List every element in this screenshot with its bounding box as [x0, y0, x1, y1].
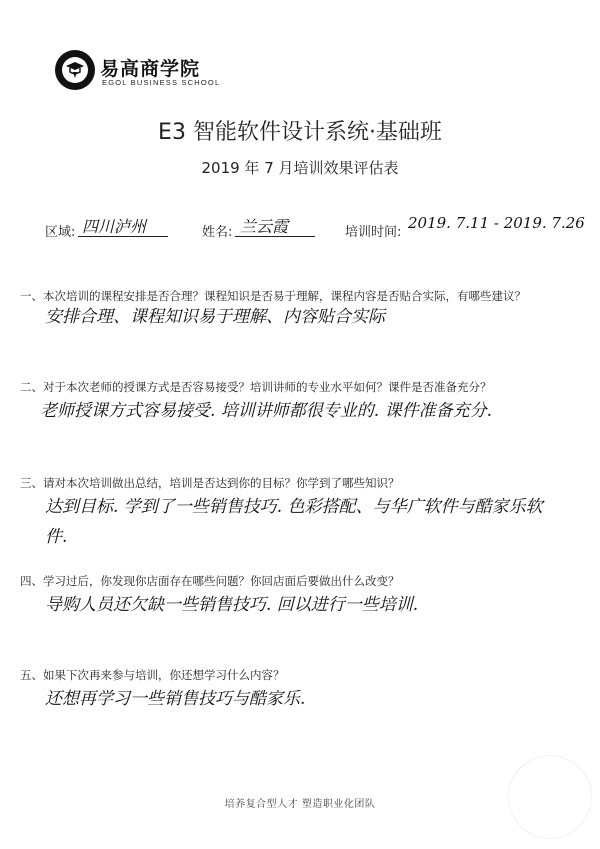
question-text: 请对本次培训做出总结，培训是否达到你的目标？你学到了哪些知识？	[43, 476, 400, 490]
question-4: 四、学习过后，你发现你店面存在哪些问题？你回店面后要做出什么改变？	[20, 573, 400, 589]
stamp-seal-icon	[508, 755, 592, 839]
answer-1[interactable]: 安排合理、课程知识易于理解、内容贴合实际	[45, 302, 565, 332]
document-title: E3 智能软件设计系统·基础班	[0, 115, 600, 146]
answer-4[interactable]: 导购人员还欠缺一些销售技巧. 回以进行一些培训.	[45, 590, 565, 620]
answer-2[interactable]: 老师授课方式容易接受. 培训讲师都很专业的. 课件准备充分.	[40, 396, 560, 426]
answer-5[interactable]: 还想再学习一些销售技巧与酷家乐.	[45, 684, 565, 714]
question-number: 二、	[20, 380, 43, 394]
question-text: 如果下次再来参与培训，你还想学习什么内容？	[43, 668, 285, 682]
answer-3[interactable]: 达到目标. 学到了一些销售技巧. 色彩搭配、与华广软件与酷家乐软件.	[45, 492, 565, 552]
question-number: 四、	[20, 574, 43, 588]
question-2: 二、对于本次老师的授课方式是否容易接受？培训讲师的专业水平如何？课件是否准备充分…	[20, 379, 492, 395]
logo-icon	[55, 50, 95, 90]
question-number: 一、	[20, 289, 43, 303]
question-text: 学习过后，你发现你店面存在哪些问题？你回店面后要做出什么改变？	[43, 574, 400, 588]
question-number: 五、	[20, 668, 43, 682]
school-name-english: EGOL BUSINESS SCHOOL	[102, 78, 220, 87]
region-label: 区域:	[45, 221, 75, 240]
question-text: 本次培训的课程安排是否合理？课程知识是否易于理解，课程内容是否贴合实际，有哪些建…	[43, 289, 526, 303]
academic-cap-icon	[65, 60, 85, 80]
question-3: 三、请对本次培训做出总结，培训是否达到你的目标？你学到了哪些知识？	[20, 475, 400, 491]
question-5: 五、如果下次再来参与培训，你还想学习什么内容？	[20, 667, 285, 683]
training-time-label: 培训时间:	[345, 221, 401, 240]
name-value[interactable]: 兰云霞	[240, 214, 288, 237]
training-time-value[interactable]: 2019. 7.11 - 2019. 7.26	[408, 214, 585, 232]
question-text: 对于本次老师的授课方式是否容易接受？培训讲师的专业水平如何？课件是否准备充分？	[43, 380, 492, 394]
region-value[interactable]: 四川泸州	[82, 214, 146, 237]
school-name: 易高商学院	[100, 54, 200, 81]
question-number: 三、	[20, 476, 43, 490]
name-label: 姓名:	[202, 221, 232, 240]
document-subtitle: 2019 年 7 月培训效果评估表	[0, 157, 600, 178]
